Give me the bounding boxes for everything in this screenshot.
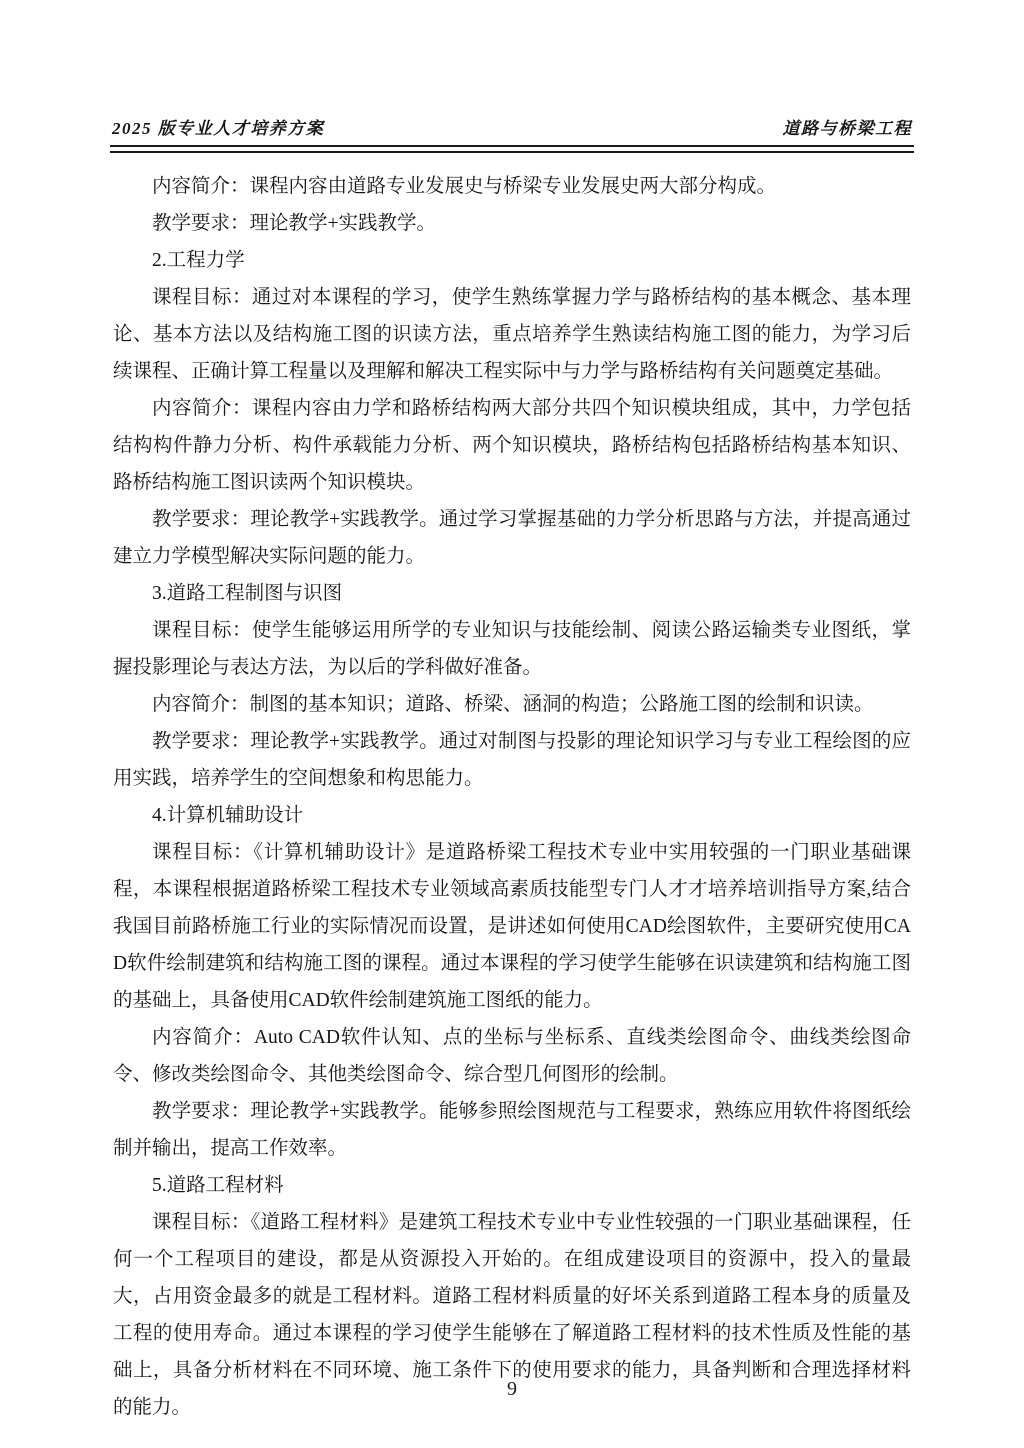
- paragraph-12: 课程目标：《计算机辅助设计》是道路桥梁工程技术专业中实用较强的一门职业基础课程，…: [113, 834, 911, 1019]
- page-header: 2025 版专业人才培养方案 道路与桥梁工程: [112, 114, 912, 139]
- header-left-title: 2025 版专业人才培养方案: [112, 114, 324, 139]
- paragraph-7: 3.道路工程制图与识图: [113, 575, 911, 612]
- paragraph-6: 教学要求：理论教学+实践教学。通过学习掌握基础的力学分析思路与方法，并提高通过建…: [113, 501, 911, 575]
- header-double-rule: [110, 145, 914, 153]
- document-body: 内容简介：课程内容由道路专业发展史与桥梁专业发展史两大部分构成。教学要求：理论教…: [113, 168, 911, 1426]
- paragraph-15: 5.道路工程材料: [113, 1167, 911, 1204]
- paragraph-14: 教学要求：理论教学+实践教学。能够参照绘图规范与工程要求，熟练应用软件将图纸绘制…: [113, 1093, 911, 1167]
- paragraph-3: 2.工程力学: [113, 242, 911, 279]
- paragraph-5: 内容简介：课程内容由力学和路桥结构两大部分共四个知识模块组成，其中，力学包括结构…: [113, 390, 911, 501]
- paragraph-8: 课程目标：使学生能够运用所学的专业知识与技能绘制、阅读公路运输类专业图纸，掌握投…: [113, 612, 911, 686]
- header-right-title: 道路与桥梁工程: [783, 114, 913, 139]
- paragraph-9: 内容简介：制图的基本知识；道路、桥梁、涵洞的构造；公路施工图的绘制和识读。: [113, 686, 911, 723]
- paragraph-2: 教学要求：理论教学+实践教学。: [113, 205, 911, 242]
- document-page: 2025 版专业人才培养方案 道路与桥梁工程 内容简介：课程内容由道路专业发展史…: [0, 0, 1024, 1448]
- paragraph-1: 内容简介：课程内容由道路专业发展史与桥梁专业发展史两大部分构成。: [113, 168, 911, 205]
- paragraph-13: 内容简介：Auto CAD软件认知、点的坐标与坐标系、直线类绘图命令、曲线类绘图…: [113, 1019, 911, 1093]
- page-number: 9: [507, 1378, 517, 1400]
- page-footer: 9: [0, 1378, 1024, 1401]
- paragraph-11: 4.计算机辅助设计: [113, 797, 911, 834]
- paragraph-4: 课程目标：通过对本课程的学习，使学生熟练掌握力学与路桥结构的基本概念、基本理论、…: [113, 279, 911, 390]
- paragraph-10: 教学要求：理论教学+实践教学。通过对制图与投影的理论知识学习与专业工程绘图的应用…: [113, 723, 911, 797]
